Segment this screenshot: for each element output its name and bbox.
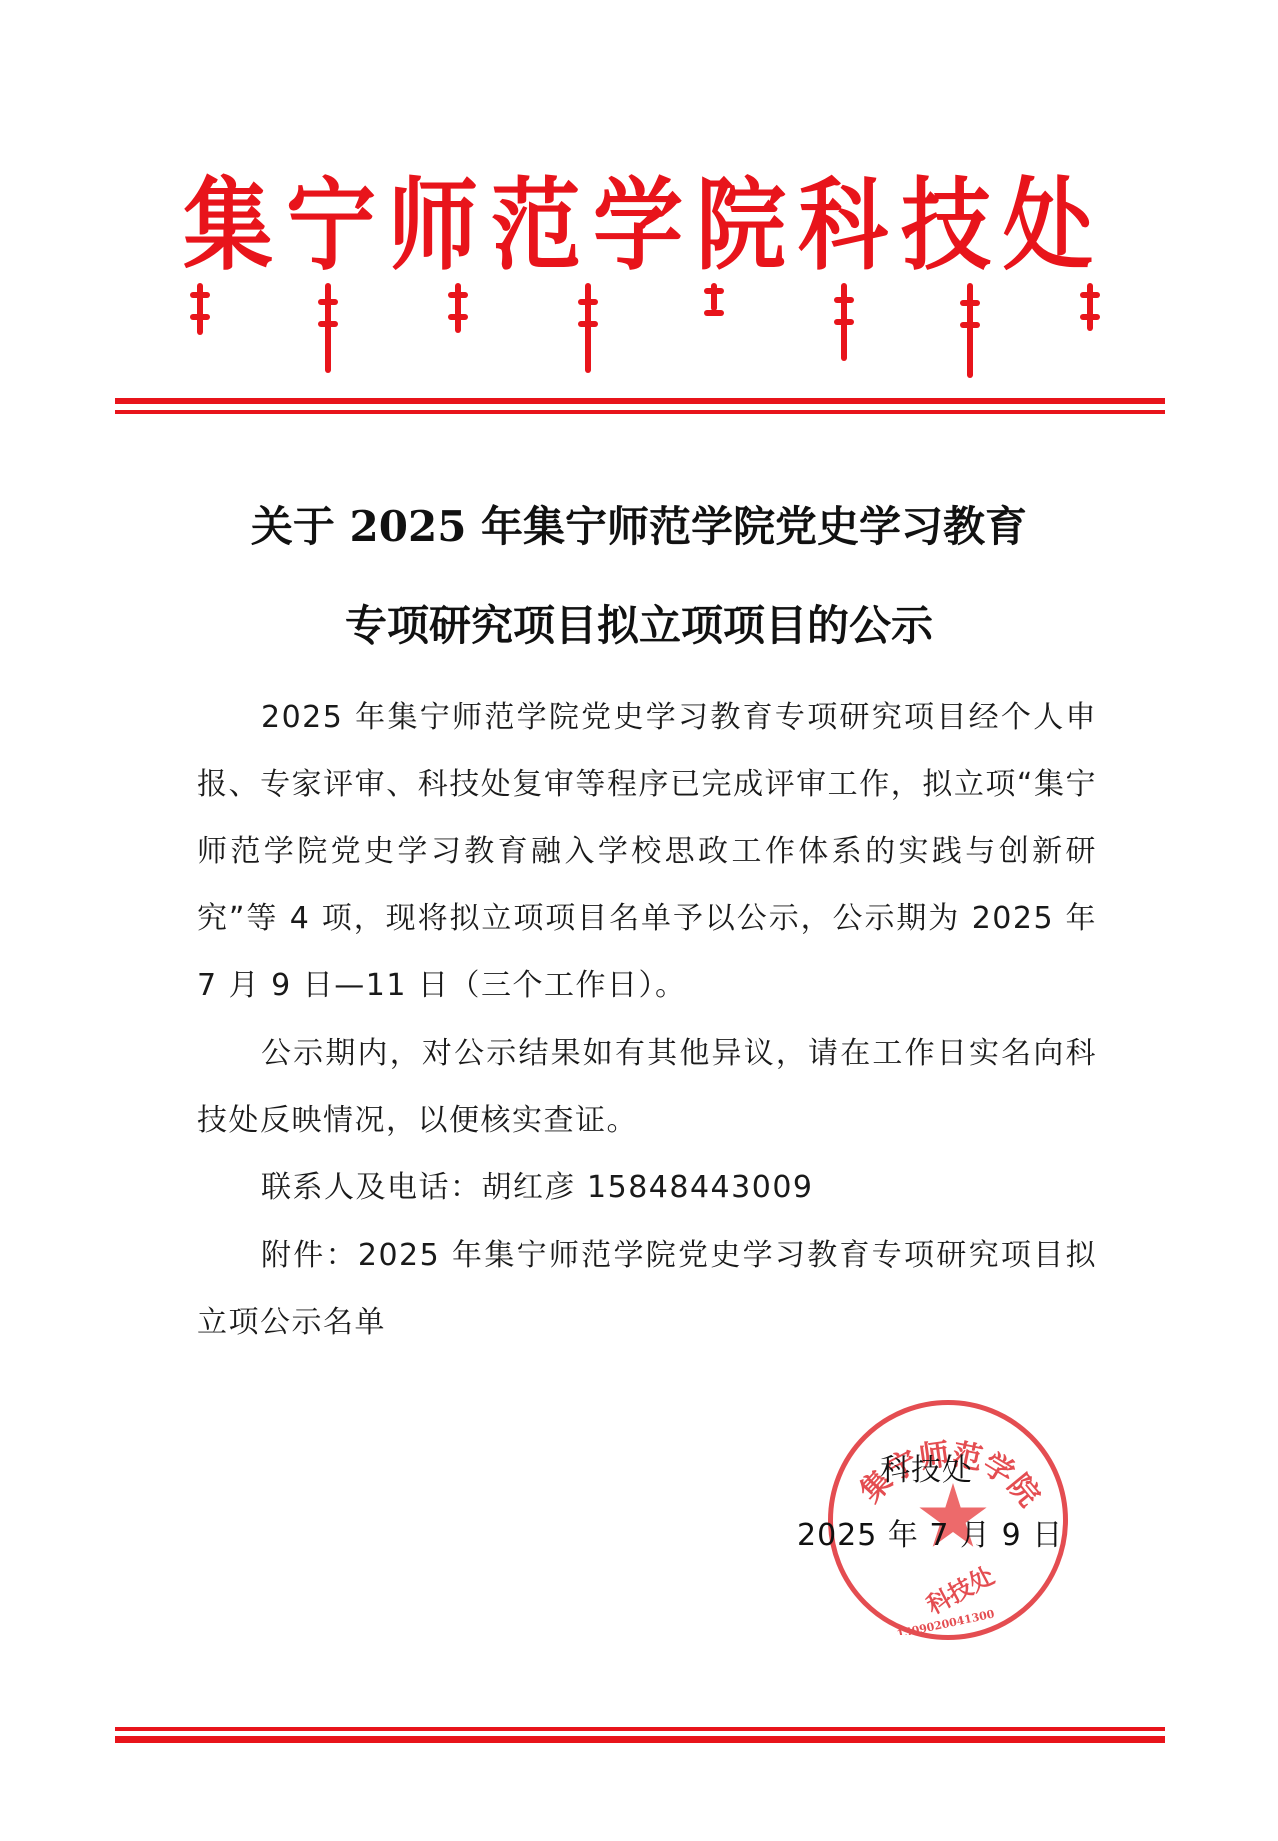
document-title-line1: 关于 2025 年集宁师范学院党史学习教育	[0, 494, 1278, 554]
footer-rule-bottom	[115, 1736, 1165, 1743]
letterhead-char: 技	[901, 170, 991, 280]
signature-date: 2025 年 7 月 9 日	[797, 1510, 1063, 1554]
letterhead-char: 处	[1003, 170, 1093, 280]
letterhead-char: 范	[491, 170, 581, 280]
mongolian-word-glyph	[578, 283, 598, 373]
body-paragraph-1: 2025 年集宁师范学院党史学习教育专项研究项目经个人申报、专家评审、科技处复审…	[197, 684, 1097, 1019]
letterhead-char: 师	[388, 170, 478, 280]
letterhead-char: 宁	[286, 170, 376, 280]
mongolian-word-glyph	[960, 283, 980, 378]
attachment-line: 附件：2025 年集宁师范学院党史学习教育专项研究项目拟立项公示名单	[197, 1222, 1097, 1356]
mongolian-word-glyph	[704, 283, 724, 311]
mongolian-word-glyph	[190, 283, 210, 335]
contact-line: 联系人及电话：胡红彦 15848443009	[197, 1154, 1097, 1221]
header-rule-top	[115, 398, 1165, 404]
signature-org: 科技处	[880, 1445, 973, 1489]
letterhead-char: 学	[593, 170, 683, 280]
mongolian-word-glyph	[318, 283, 338, 373]
letterhead-char: 院	[696, 170, 786, 280]
mongolian-word-glyph	[834, 283, 854, 361]
mongolian-word-glyph	[448, 283, 468, 333]
mongolian-word-glyph	[1080, 283, 1100, 331]
letterhead-mongolian-script	[178, 283, 1098, 383]
letterhead-char: 科	[798, 170, 888, 280]
letterhead-char: 集	[183, 170, 273, 280]
body-paragraph-2: 公示期内，对公示结果如有其他异议，请在工作日实名向科技处反映情况，以便核实查证。	[197, 1020, 1097, 1154]
letterhead-org-name: 集 宁 师 范 学 院 科 技 处	[178, 170, 1098, 280]
footer-rule-top	[115, 1727, 1165, 1731]
header-rule-bottom	[115, 410, 1165, 414]
document-title-line2: 专项研究项目拟立项项目的公示	[0, 593, 1278, 653]
document-page: 集 宁 师 范 学 院 科 技 处 关于 2025 年集宁师范学院党史学习教育 …	[0, 0, 1278, 1841]
